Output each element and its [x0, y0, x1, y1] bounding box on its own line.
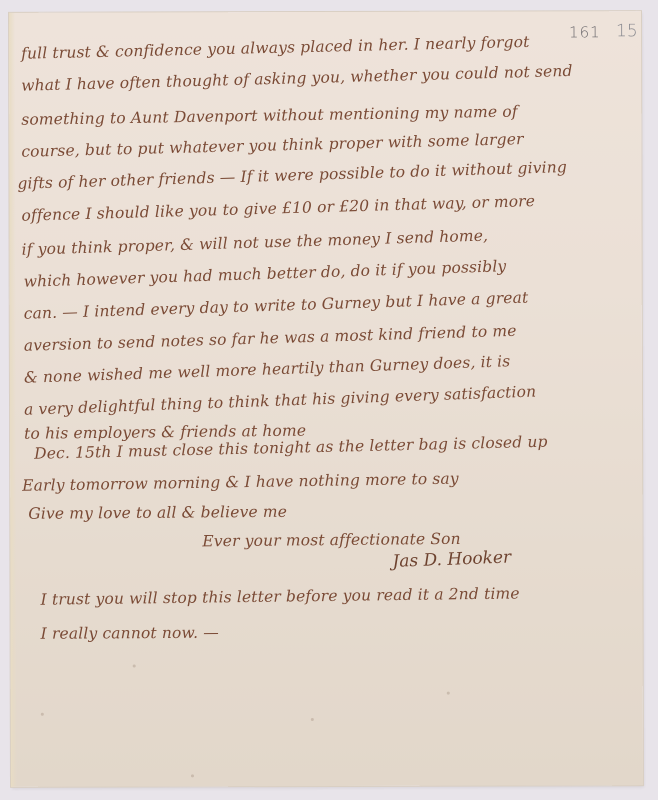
- letter-line-closing: Give my love to all & believe me: [28, 503, 287, 523]
- letter-line-1: full trust & confidence you always place…: [21, 33, 530, 63]
- letter-line-9: can. — I intend every day to write to Gu…: [23, 288, 528, 322]
- letter-line-valediction: Ever your most affectionate Son: [202, 530, 461, 550]
- letter-line-10: aversion to send notes so far he was a m…: [24, 322, 517, 355]
- letter-line-6: offence I should like you to give £10 or…: [21, 192, 535, 225]
- paper-speck: [41, 713, 44, 716]
- signature: Jas D. Hooker: [392, 547, 511, 571]
- letter-line-8: which however you had much better do, do…: [23, 257, 506, 291]
- letter-line-7: if you think proper, & will not use the …: [21, 227, 488, 259]
- paper-speck: [133, 664, 136, 667]
- letter-line-3: something to Aunt Davenport without ment…: [21, 103, 518, 129]
- paper-speck: [191, 774, 194, 777]
- letter-line-15: Early tomorrow morning & I have nothing …: [22, 470, 459, 495]
- letter-line-2: what I have often thought of asking you,…: [21, 62, 573, 95]
- folio-number-pencil: 161: [569, 23, 601, 41]
- folio-number-ink: 15: [616, 21, 638, 41]
- letter-line-postscript-1: I trust you will stop this letter before…: [40, 584, 519, 608]
- letter-line-4: course, but to put whatever you think pr…: [21, 130, 524, 161]
- paper-speck: [311, 718, 314, 721]
- manuscript-page: 161 15 full trust & confidence you alway…: [9, 11, 643, 787]
- letter-line-5: gifts of her other friends — If it were …: [17, 158, 567, 193]
- letter-line-11: & none wished me well more heartily than…: [24, 352, 511, 387]
- letter-line-12: a very delightful thing to think that hi…: [24, 382, 537, 418]
- paper-speck: [447, 692, 450, 695]
- letter-line-postscript-2: I really cannot now. —: [41, 624, 219, 643]
